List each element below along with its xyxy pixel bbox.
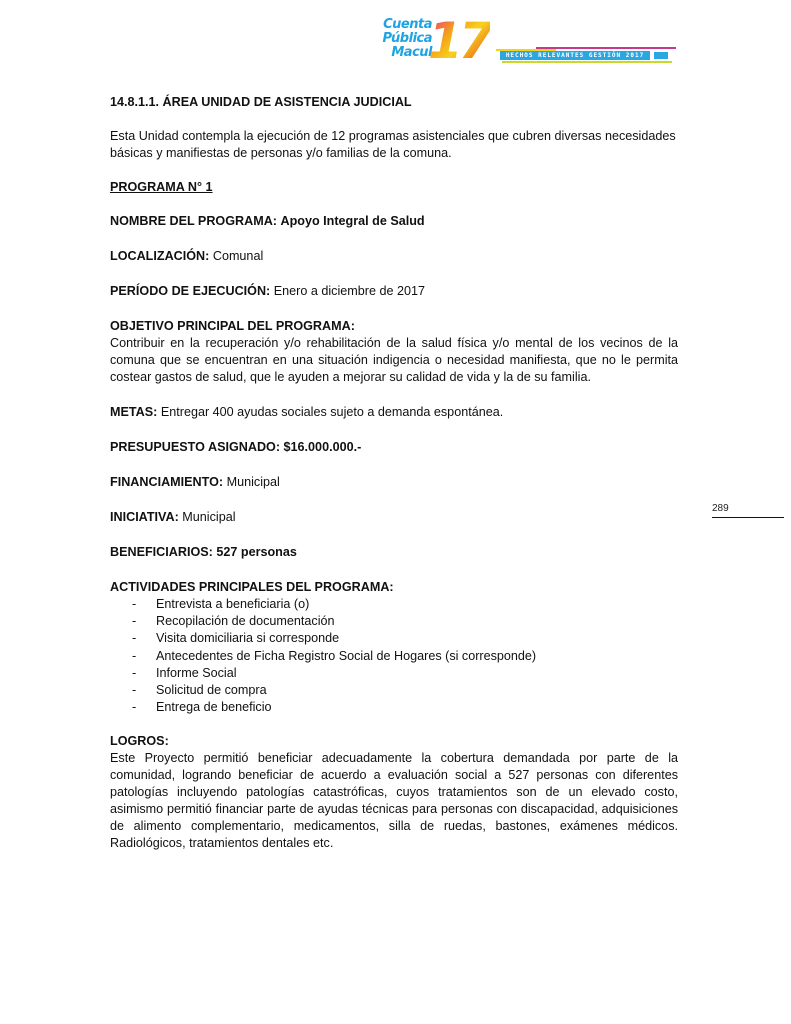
- funding-value: Municipal: [227, 475, 280, 489]
- list-item: -Antecedentes de Ficha Registro Social d…: [110, 648, 678, 665]
- program-name-field: NOMBRE DEL PROGRAMA: Apoyo Integral de S…: [110, 213, 678, 230]
- program-name-value: Apoyo Integral de Salud: [280, 214, 424, 228]
- field-label: FINANCIAMIENTO:: [110, 475, 223, 489]
- goals-value: Entregar 400 ayudas sociales sujeto a de…: [161, 405, 503, 419]
- banner-stripe-decoration: [654, 52, 668, 59]
- field-label: PERÍODO DE EJECUCIÓN:: [110, 284, 270, 298]
- period-value: Enero a diciembre de 2017: [274, 284, 425, 298]
- list-item: -Entrevista a beneficiaria (o): [110, 596, 678, 613]
- activity-text: Entrevista a beneficiaria (o): [156, 596, 309, 613]
- location-field: LOCALIZACIÓN: Comunal: [110, 248, 678, 265]
- location-value: Comunal: [213, 249, 263, 263]
- dash-bullet-icon: -: [110, 665, 156, 682]
- field-label: LOCALIZACIÓN:: [110, 249, 209, 263]
- activity-text: Entrega de beneficio: [156, 699, 272, 716]
- page-number: 289: [712, 503, 784, 518]
- initiative-field: INICIATIVA: Municipal: [110, 509, 678, 526]
- beneficiaries-field: BENEFICIARIOS: 527 personas: [110, 544, 678, 561]
- cuenta-publica-logo: Cuenta Pública Macul 17: [366, 18, 486, 70]
- banner-text: HECHOS RELEVANTES GESTIÓN 2017: [500, 51, 650, 60]
- field-label: NOMBRE DEL PROGRAMA:: [110, 214, 277, 228]
- list-item: -Solicitud de compra: [110, 682, 678, 699]
- activity-text: Recopilación de documentación: [156, 613, 335, 630]
- field-label: INICIATIVA:: [110, 510, 179, 524]
- beneficiaries-value: 527 personas: [216, 545, 297, 559]
- logo-line-1: Cuenta: [366, 18, 432, 32]
- list-item: -Recopilación de documentación: [110, 613, 678, 630]
- banner-stripe-decoration: [502, 61, 672, 63]
- achievements-text: Este Proyecto permitió beneficiar adecua…: [110, 750, 678, 852]
- dash-bullet-icon: -: [110, 630, 156, 647]
- objective-label: OBJETIVO PRINCIPAL DEL PROGRAMA:: [110, 318, 678, 335]
- activity-text: Solicitud de compra: [156, 682, 267, 699]
- field-label: PRESUPUESTO ASIGNADO:: [110, 440, 280, 454]
- logo-line-2: Pública: [366, 32, 432, 46]
- banner-stripe-decoration: [536, 47, 676, 49]
- section-intro: Esta Unidad contempla la ejecución de 12…: [110, 128, 678, 162]
- objective-text: Contribuir en la recuperación y/o rehabi…: [110, 335, 678, 386]
- logo-line-3: Macul: [366, 46, 432, 60]
- logo-year: 17: [428, 14, 490, 68]
- list-item: -Entrega de beneficio: [110, 699, 678, 716]
- goals-field: METAS: Entregar 400 ayudas sociales suje…: [110, 404, 678, 421]
- budget-field: PRESUPUESTO ASIGNADO: $16.000.000.-: [110, 439, 678, 456]
- section-title: 14.8.1.1. ÁREA UNIDAD DE ASISTENCIA JUDI…: [110, 94, 678, 111]
- activity-text: Antecedentes de Ficha Registro Social de…: [156, 648, 536, 665]
- document-body: 14.8.1.1. ÁREA UNIDAD DE ASISTENCIA JUDI…: [110, 94, 678, 852]
- activity-text: Informe Social: [156, 665, 237, 682]
- dash-bullet-icon: -: [110, 648, 156, 665]
- dash-bullet-icon: -: [110, 596, 156, 613]
- dash-bullet-icon: -: [110, 682, 156, 699]
- achievements-label: LOGROS:: [110, 733, 678, 750]
- dash-bullet-icon: -: [110, 699, 156, 716]
- field-label: BENEFICIARIOS:: [110, 545, 213, 559]
- logo-wordmark: Cuenta Pública Macul: [366, 18, 432, 60]
- field-label: METAS:: [110, 405, 157, 419]
- period-field: PERÍODO DE EJECUCIÓN: Enero a diciembre …: [110, 283, 678, 300]
- activity-text: Visita domiciliaria si corresponde: [156, 630, 339, 647]
- activities-list: -Entrevista a beneficiaria (o) -Recopila…: [110, 596, 678, 716]
- header-banner: HECHOS RELEVANTES GESTIÓN 2017: [496, 47, 676, 65]
- list-item: -Informe Social: [110, 665, 678, 682]
- list-item: -Visita domiciliaria si corresponde: [110, 630, 678, 647]
- budget-value: $16.000.000.-: [284, 440, 362, 454]
- program-heading: PROGRAMA N° 1: [110, 179, 678, 196]
- dash-bullet-icon: -: [110, 613, 156, 630]
- funding-field: FINANCIAMIENTO: Municipal: [110, 474, 678, 491]
- activities-label: ACTIVIDADES PRINCIPALES DEL PROGRAMA:: [110, 579, 678, 596]
- initiative-value: Municipal: [182, 510, 235, 524]
